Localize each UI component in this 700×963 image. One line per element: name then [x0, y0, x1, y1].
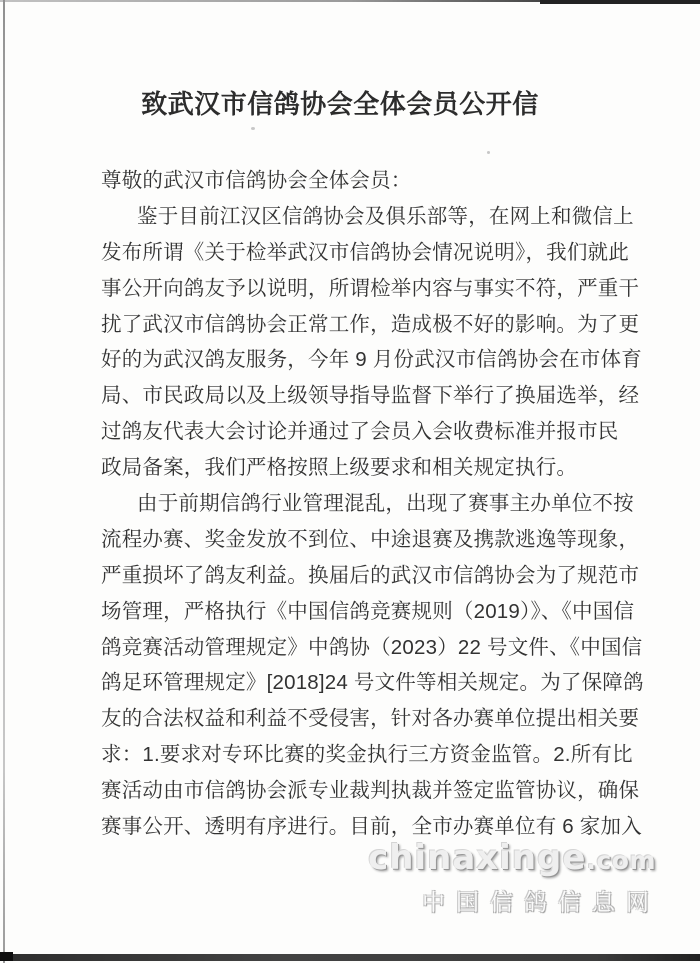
text-line: 场管理，严格执行《中国信鸽竞赛规则（2019）》、《中国信: [101, 594, 646, 630]
text-line: 事公开向鸽友予以说明，所谓检举内容与事实不符，严重干: [101, 271, 646, 307]
scan-speckle: [487, 151, 490, 154]
text-line: 鸽足环管理规定》[2018]24 号文件等相关规定。为了保障鸽: [101, 665, 646, 701]
text-line: 赛活动由市信鸽协会派专业裁判执裁并签定监管协议，确保: [101, 773, 646, 809]
watermark-logo-en: chinaxinge.com: [368, 838, 656, 878]
text-line: 严重损坏了鸽友利益。换届后的武汉市信鸽协会为了规范市: [101, 558, 646, 594]
text-line: 鸽竞赛活动管理规定》中鸽协（2023）22 号文件、《中国信: [101, 630, 646, 666]
salutation-line: 尊敬的武汉市信鸽协会全体会员：: [101, 163, 646, 199]
text-line: 发布所谓《关于检举武汉市信鸽协会情况说明》，我们就此: [101, 235, 646, 271]
scan-edge-top-right: [540, 0, 700, 4]
scan-edge-left: [3, 0, 5, 963]
scan-speckle: [251, 127, 255, 130]
letter-body: 尊敬的武汉市信鸽协会全体会员： 鉴于目前江汉区信鸽协会及俱乐部等，在网上和微信上…: [101, 163, 646, 845]
text-line: 由于前期信鸽行业管理混乱，出现了赛事主办单位不按: [101, 486, 646, 522]
paragraph-1: 鉴于目前江汉区信鸽协会及俱乐部等，在网上和微信上 发布所谓《关于检举武汉市信鸽协…: [101, 199, 646, 486]
text-line: 鉴于目前江汉区信鸽协会及俱乐部等，在网上和微信上: [101, 199, 646, 235]
text-line: 扰了武汉市信鸽协会正常工作，造成极不好的影响。为了更: [101, 307, 646, 343]
scanned-document-page: 致武汉市信鸽协会全体会员公开信 尊敬的武汉市信鸽协会全体会员： 鉴于目前江汉区信…: [0, 0, 700, 963]
text-line: 过鸽友代表大会讨论并通过了会员入会收费标准并报市民: [101, 414, 646, 450]
text-line: 流程办赛、奖金发放不到位、中途退赛及携款逃逸等现象，: [101, 522, 646, 558]
scan-edge-bottom-notch: [0, 952, 13, 961]
text-line: 局、市民政局以及上级领导指导监督下举行了换届选举，经: [101, 378, 646, 414]
text-line: 求：1.要求对专环比赛的奖金执行三方资金监管。2.所有比: [101, 737, 646, 773]
watermark-logo-cn: 中国信鸽信息网: [422, 884, 660, 917]
text-line: 政局备案，我们严格按照上级要求和相关规定执行。: [101, 450, 646, 486]
text-line: 友的合法权益和利益不受侵害，针对各办赛单位提出相关要: [101, 701, 646, 737]
paragraph-2: 由于前期信鸽行业管理混乱，出现了赛事主办单位不按 流程办赛、奖金发放不到位、中途…: [101, 486, 646, 845]
page-title: 致武汉市信鸽协会全体会员公开信: [0, 84, 680, 121]
scan-edge-bottom: [0, 954, 700, 961]
watermark-site-tld: .com: [586, 846, 656, 875]
watermark-site-name: chinaxinge: [368, 838, 586, 878]
text-line: 好的为武汉鸽友服务，今年 9 月份武汉市信鸽协会在市体育: [101, 342, 646, 378]
